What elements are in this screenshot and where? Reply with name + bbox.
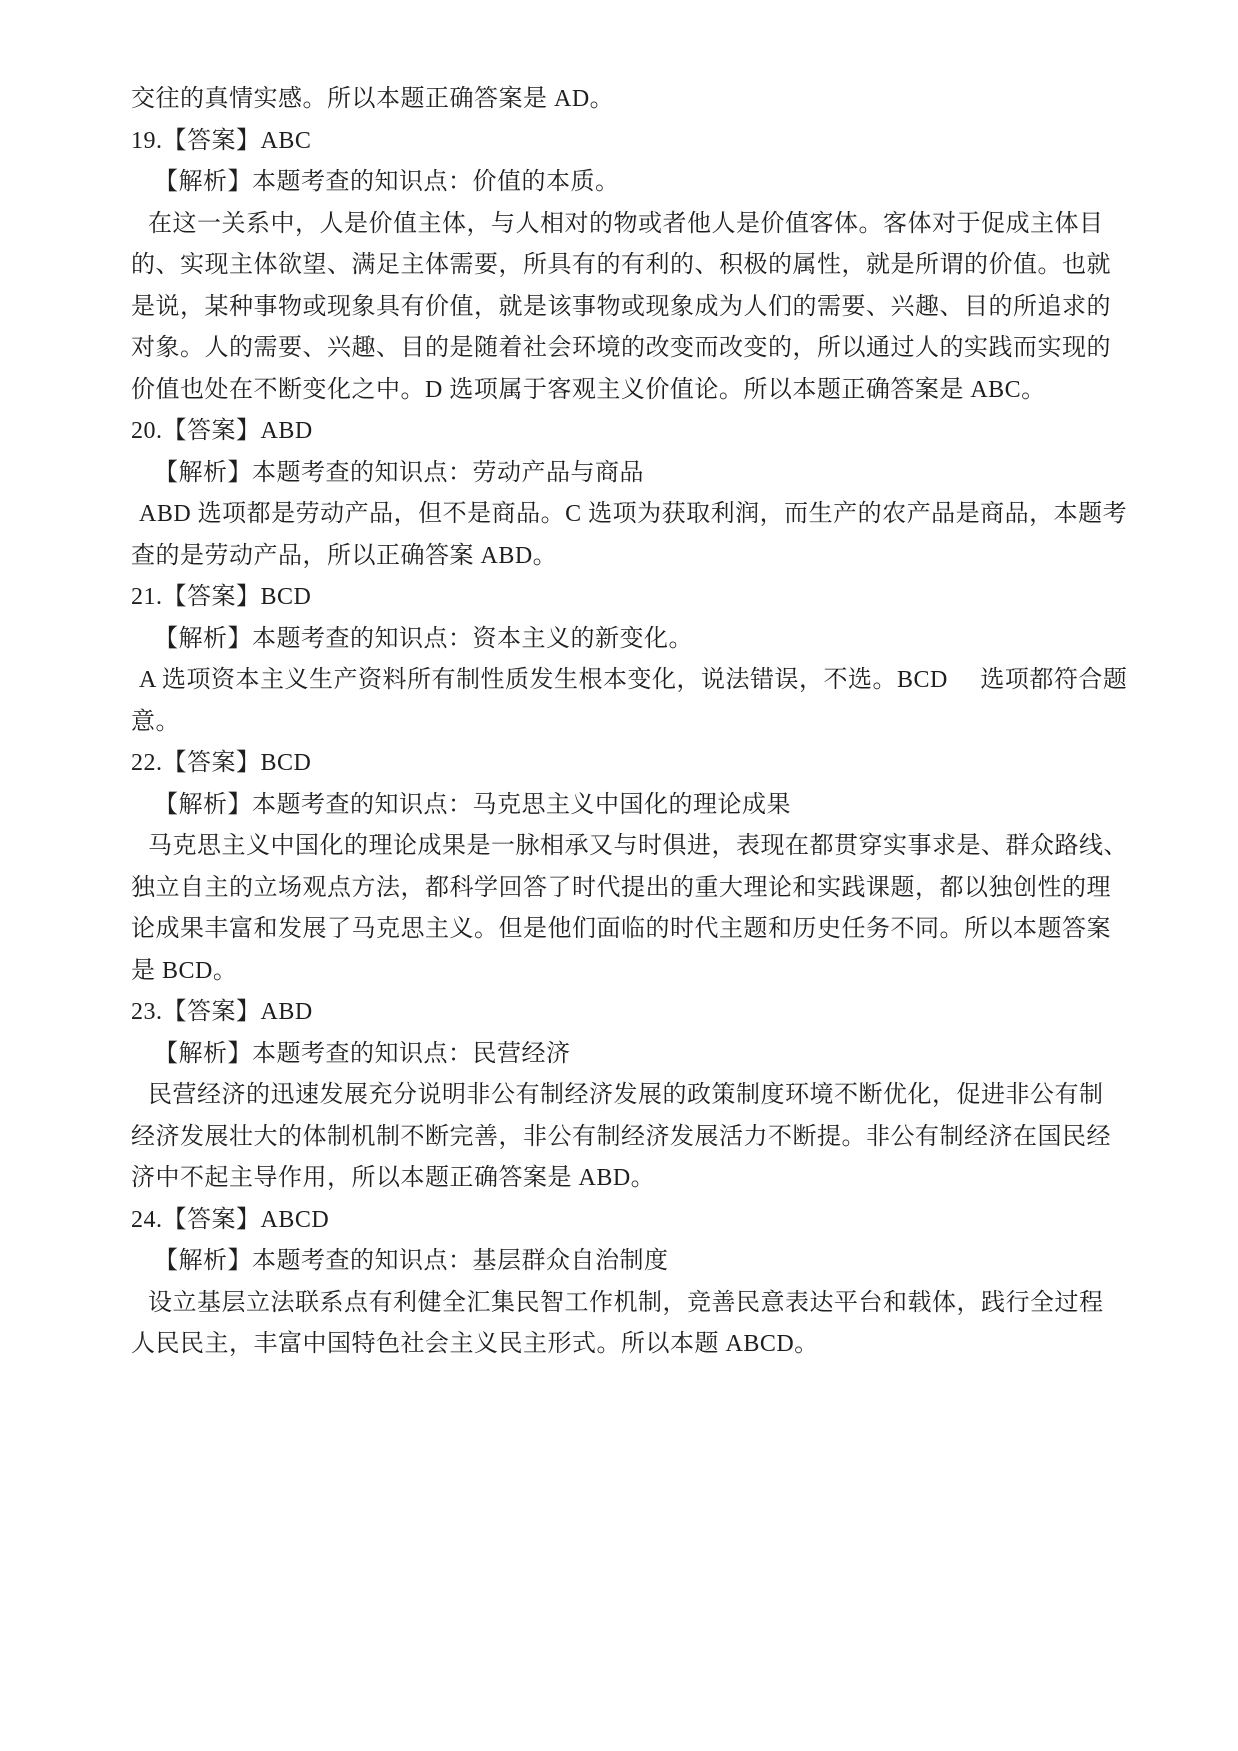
text-line: 价值也处在不断变化之中。D 选项属于客观主义价值论。所以本题正确答案是 ABC。 xyxy=(131,370,1148,412)
text-line: 济中不起主导作用，所以本题正确答案是 ABD。 xyxy=(131,1158,1148,1200)
text-line: 对象。人的需要、兴趣、目的是随着社会环境的改变而改变的，所以通过人的实践而实现的 xyxy=(131,328,1148,370)
text-line: 设立基层立法联系点有利健全汇集民智工作机制，竞善民意表达平台和载体，践行全过程 xyxy=(131,1283,1148,1325)
text-line: 21.【答案】BCD xyxy=(131,577,1148,619)
text-line: 是说，某种事物或现象具有价值，就是该事物或现象成为人们的需要、兴趣、目的所追求的 xyxy=(131,287,1148,329)
text-line: 查的是劳动产品，所以正确答案 ABD。 xyxy=(131,536,1148,578)
text-line: 人民民主，丰富中国特色社会主义民主形式。所以本题 ABCD。 xyxy=(131,1324,1148,1366)
text-line: 交往的真情实感。所以本题正确答案是 AD。 xyxy=(131,79,1148,121)
document-page: 交往的真情实感。所以本题正确答案是 AD。19.【答案】ABC【解析】本题考查的… xyxy=(0,0,1238,1751)
text-line: 独立自主的立场观点方法，都科学回答了时代提出的重大理论和实践课题，都以独创性的理 xyxy=(131,868,1148,910)
text-line: 19.【答案】ABC xyxy=(131,121,1148,163)
text-line: 22.【答案】BCD xyxy=(131,743,1148,785)
text-line: 【解析】本题考查的知识点：价值的本质。 xyxy=(131,162,1148,204)
text-line: 23.【答案】ABD xyxy=(131,992,1148,1034)
text-line: 20.【答案】ABD xyxy=(131,411,1148,453)
text-line: 【解析】本题考查的知识点：劳动产品与商品 xyxy=(131,453,1148,495)
text-line: 【解析】本题考查的知识点：民营经济 xyxy=(131,1034,1148,1076)
text-line: 24.【答案】ABCD xyxy=(131,1200,1148,1242)
text-line: 意。 xyxy=(131,702,1148,744)
text-line: ABD 选项都是劳动产品，但不是商品。C 选项为获取利润，而生产的农产品是商品，… xyxy=(131,494,1148,536)
text-line: 民营经济的迅速发展充分说明非公有制经济发展的政策制度环境不断优化，促进非公有制 xyxy=(131,1075,1148,1117)
text-line: 论成果丰富和发展了马克思主义。但是他们面临的时代主题和历史任务不同。所以本题答案 xyxy=(131,909,1148,951)
text-line: 【解析】本题考查的知识点：资本主义的新变化。 xyxy=(131,619,1148,661)
text-line: 马克思主义中国化的理论成果是一脉相承又与时俱进，表现在都贯穿实事求是、群众路线、 xyxy=(131,826,1148,868)
text-line: 是 BCD。 xyxy=(131,951,1148,993)
text-line: 【解析】本题考查的知识点：马克思主义中国化的理论成果 xyxy=(131,785,1148,827)
text-line: 经济发展壮大的体制机制不断完善，非公有制经济发展活力不断提。非公有制经济在国民经 xyxy=(131,1117,1148,1159)
text-line: 在这一关系中，人是价值主体，与人相对的物或者他人是价值客体。客体对于促成主体目 xyxy=(131,204,1148,246)
text-line: 的、实现主体欲望、满足主体需要，所具有的有利的、积极的属性，就是所谓的价值。也就 xyxy=(131,245,1148,287)
text-line: 【解析】本题考查的知识点：基层群众自治制度 xyxy=(131,1241,1148,1283)
text-line: A 选项资本主义生产资料所有制性质发生根本变化，说法错误，不选。BCD 选项都符… xyxy=(131,660,1148,702)
